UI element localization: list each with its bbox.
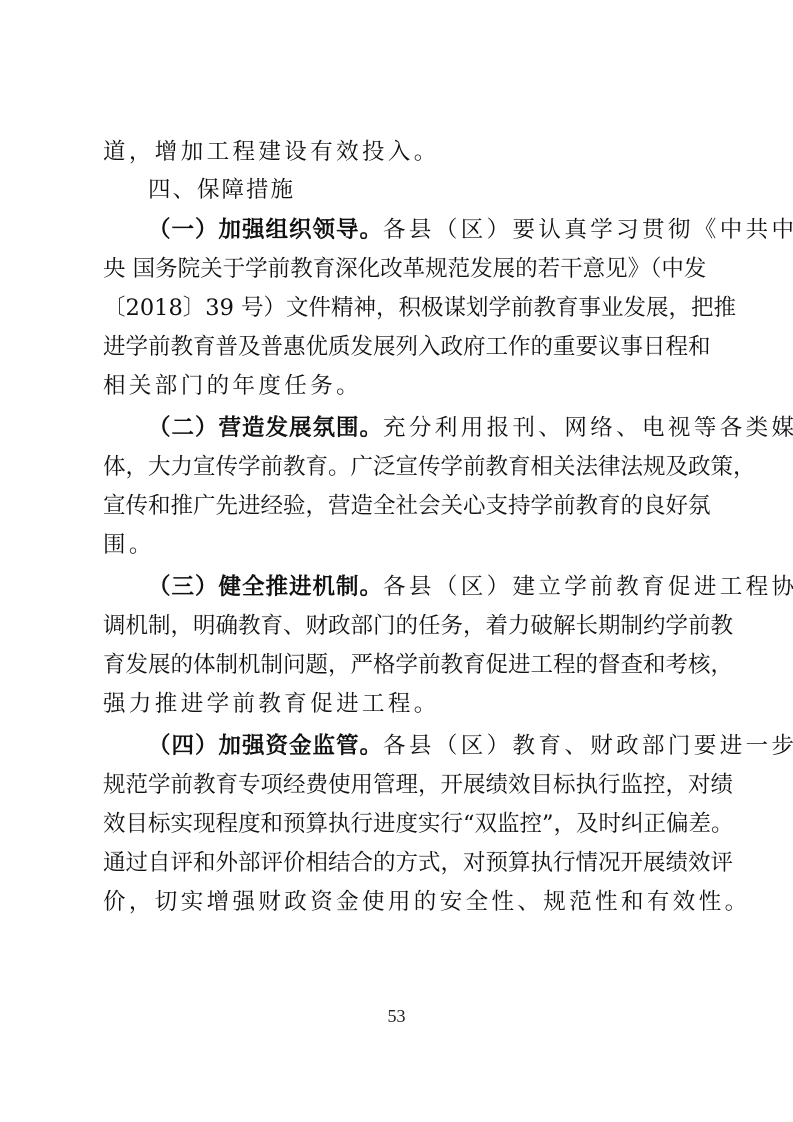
item-1-title: （一）加强组织领导。 [148,217,383,243]
paragraph-line: 〔2018〕39 号）文件精神，积极谋划学前教育事业发展，把推 [103,291,693,325]
paragraph-line: 宣传和推广先进经验，营造全社会关心支持学前教育的良好氛 [103,489,693,523]
paragraph-line: 通过自评和外部评价相结合的方式，对预算执行情况开展绩效评 [103,846,693,880]
paragraph-line: 规范学前教育专项经费使用管理，开展绩效目标执行监控，对绩 [103,768,693,802]
paragraph-line: 育发展的体制机制问题，严格学前教育促进工程的督查和考核， [103,648,693,682]
paragraph-line: 进学前教育普及普惠优质发展列入政府工作的重要议事日程和 [103,330,693,364]
item-3-title: （三）健全推进机制。 [148,574,383,600]
paragraph-line: 央 国务院关于学前教育深化改革规范发展的若干意见》（中发 [103,252,693,286]
paragraph-line: 调机制，明确教育、财政部门的任务，着力破解长期制约学前教 [103,609,693,643]
paragraph-line: 围。 [103,528,693,562]
item-4-title: （四）加强资金监管。 [148,733,383,759]
section-heading: 四、保障措施 [148,173,693,207]
paragraph-line: 价，切实增强财政资金使用的安全性、规范性和有效性。 [103,885,693,919]
page-number: 53 [0,1006,793,1027]
paragraph-line: 相关部门的年度任务。 [103,369,693,403]
item-4-first-line: （四）加强资金监管。各县（区）教育、财政部门要进一步 [148,729,693,763]
item-2-first-line: （二）营造发展氛围。充分利用报刊、网络、电视等各类媒 [148,411,693,445]
item-2-title: （二）营造发展氛围。 [148,415,383,441]
item-4-text: 各县（区）教育、财政部门要进一步 [383,733,793,759]
item-2-text: 充分利用报刊、网络、电视等各类媒 [383,415,793,441]
item-1-text: 各县（区）要认真学习贯彻《中共中 [383,217,793,243]
paragraph-line: 强力推进学前教育促进工程。 [103,687,693,721]
item-3-first-line: （三）健全推进机制。各县（区）建立学前教育促进工程协 [148,570,693,604]
paragraph-line: 道，增加工程建设有效投入。 [103,135,693,169]
paragraph-line: 体，大力宣传学前教育。广泛宣传学前教育相关法律法规及政策， [103,450,693,484]
paragraph-line: 效目标实现程度和预算执行进度实行“双监控”，及时纠正偏差。 [103,807,693,841]
document-page: 道，增加工程建设有效投入。 四、保障措施 （一）加强组织领导。各县（区）要认真学… [0,0,793,1122]
item-3-text: 各县（区）建立学前教育促进工程协 [383,574,793,600]
item-1-first-line: （一）加强组织领导。各县（区）要认真学习贯彻《中共中 [148,213,693,247]
